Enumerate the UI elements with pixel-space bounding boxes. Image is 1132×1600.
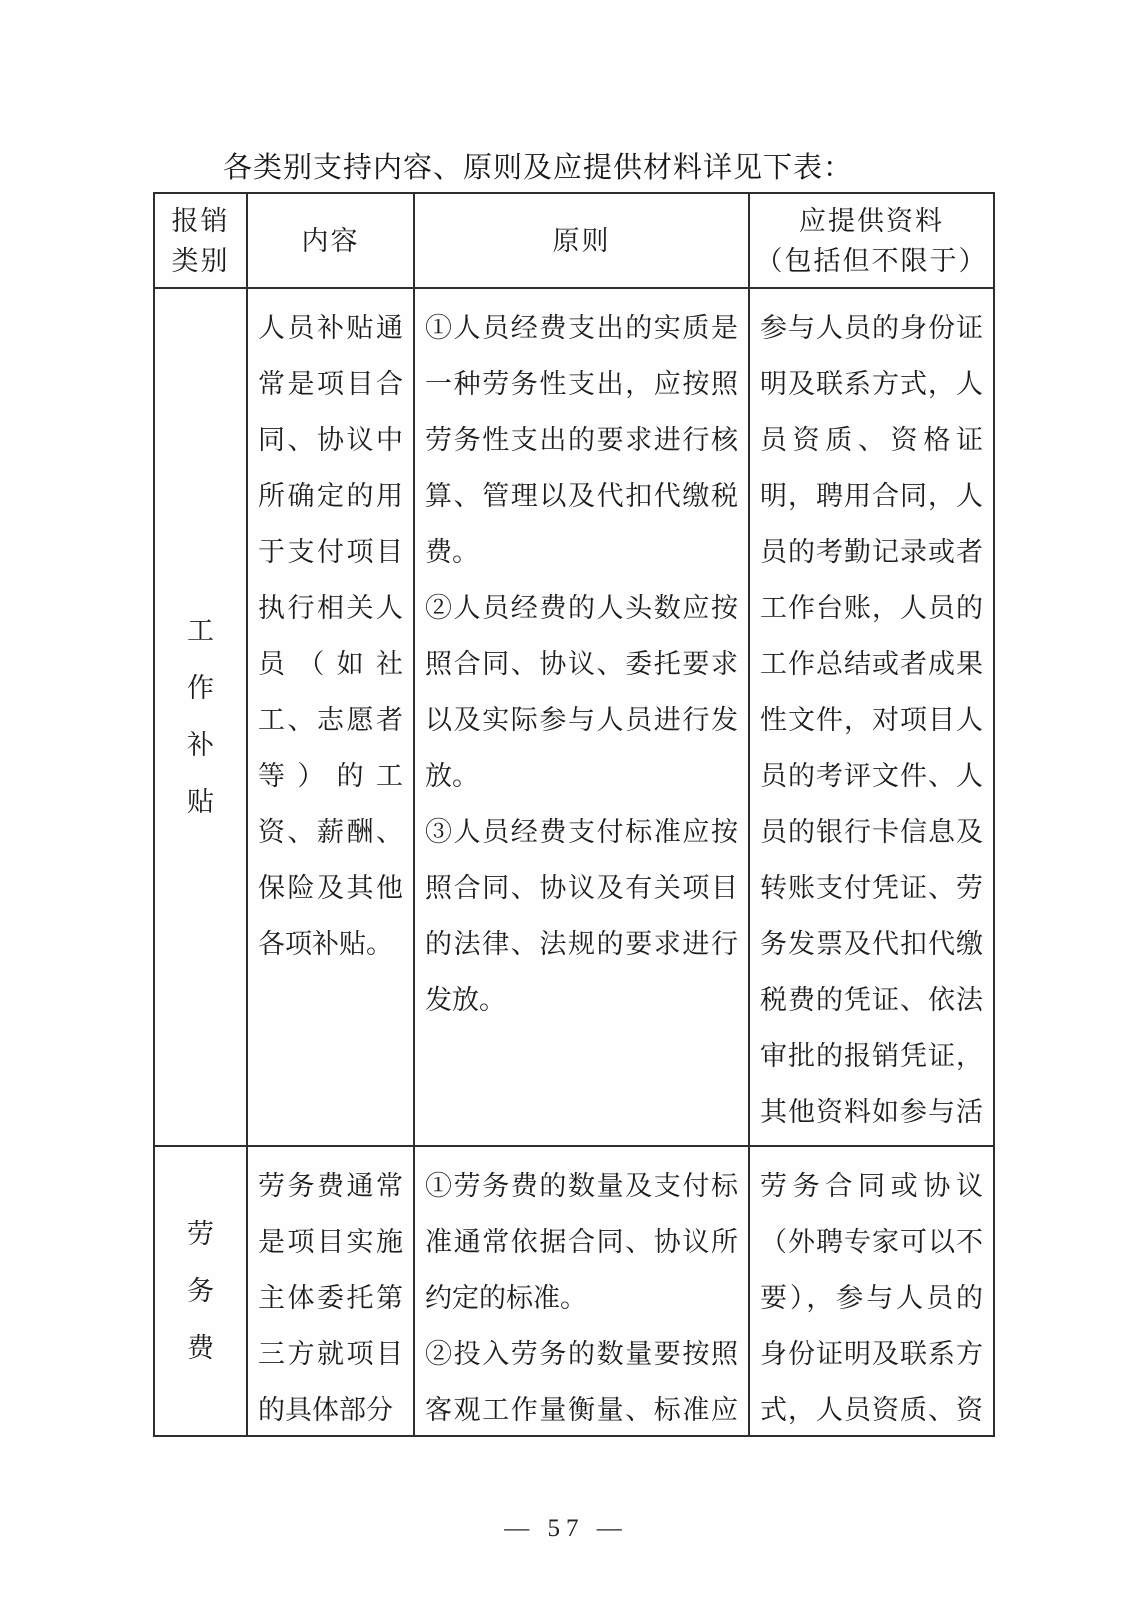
materials-text: 参与人员的身份证明及联系方式，人员资质、资格证明，聘用合同，人员的考勤记录或者工… (750, 289, 993, 1145)
table-row-labor-fee: 劳 务 费 劳务费通常是项目实施主体委托第三方就项目的具体部分 ①劳务费的数量及… (154, 1146, 994, 1436)
materials-text: 劳务合同或协议（外聘专家可以不要），参与人员的身份证明及联系方式，人员资质、资格… (750, 1147, 993, 1435)
table-header-row: 报销 类别 内容 原则 应提供资料 （包括但不限于） (154, 193, 994, 288)
paragraph: 参与人员的身份证明及联系方式，人员资质、资格证明，聘用合同，人员的考勤记录或者工… (760, 300, 983, 1145)
principle-text: ①劳务费的数量及支付标准通常依据合同、协议所约定的标准。②投入劳务的数量要按照客… (415, 1147, 748, 1435)
page-title: 各类别支持内容、原则及应提供材料详见下表： (0, 148, 1104, 188)
paragraph: ①劳务费的数量及支付标准通常依据合同、协议所约定的标准。 (425, 1158, 738, 1326)
table-row-work-subsidy: 工 作 补 贴 人员补贴通常是项目合同、协议中所确定的用于支付项目执行相关人员（… (154, 288, 994, 1146)
cell-principle-work-subsidy: ①人员经费支出的实质是一种劳务性支出，应按照劳务性支出的要求进行核算、管理以及代… (414, 288, 749, 1146)
document-page: 各类别支持内容、原则及应提供材料详见下表： 报销 类别 内容 原则 应提供资料 … (0, 0, 1132, 1600)
cell-content-work-subsidy: 人员补贴通常是项目合同、协议中所确定的用于支付项目执行相关人员（如社工、志愿者等… (247, 288, 414, 1146)
paragraph: ①人员经费支出的实质是一种劳务性支出，应按照劳务性支出的要求进行核算、管理以及代… (425, 300, 738, 580)
paragraph: ②投入劳务的数量要按照客观工作量衡量、标准应符 (425, 1326, 738, 1435)
cell-materials-work-subsidy: 参与人员的身份证明及联系方式，人员资质、资格证明，聘用合同，人员的考勤记录或者工… (749, 288, 994, 1146)
page-number: — 57 — (0, 1515, 1132, 1543)
header-content: 内容 (247, 193, 414, 288)
content-text: 劳务费通常是项目实施主体委托第三方就项目的具体部分 (248, 1147, 413, 1435)
header-category: 报销 类别 (154, 193, 247, 288)
header-materials: 应提供资料 （包括但不限于） (749, 193, 994, 288)
category-label-work-subsidy: 工 作 补 贴 (154, 288, 247, 1146)
paragraph: 劳务合同或协议（外聘专家可以不要），参与人员的身份证明及联系方式，人员资质、资格… (760, 1158, 983, 1435)
cell-materials-labor-fee: 劳务合同或协议（外聘专家可以不要），参与人员的身份证明及联系方式，人员资质、资格… (749, 1146, 994, 1436)
reimbursement-table: 报销 类别 内容 原则 应提供资料 （包括但不限于） 工 作 补 贴 人员补贴通… (153, 192, 995, 1437)
paragraph: 人员补贴通常是项目合同、协议中所确定的用于支付项目执行相关人员（如社工、志愿者等… (258, 300, 403, 972)
principle-text: ①人员经费支出的实质是一种劳务性支出，应按照劳务性支出的要求进行核算、管理以及代… (415, 289, 748, 1037)
paragraph: ②人员经费的人头数应按照合同、协议、委托要求以及实际参与人员进行发放。 (425, 580, 738, 804)
content-text: 人员补贴通常是项目合同、协议中所确定的用于支付项目执行相关人员（如社工、志愿者等… (248, 289, 413, 981)
category-label-labor-fee: 劳 务 费 (154, 1146, 247, 1436)
cell-principle-labor-fee: ①劳务费的数量及支付标准通常依据合同、协议所约定的标准。②投入劳务的数量要按照客… (414, 1146, 749, 1436)
paragraph: ③人员经费支付标准应按照合同、协议及有关项目的法律、法规的要求进行发放。 (425, 804, 738, 1028)
header-principle: 原则 (414, 193, 749, 288)
cell-content-labor-fee: 劳务费通常是项目实施主体委托第三方就项目的具体部分 (247, 1146, 414, 1436)
paragraph: 劳务费通常是项目实施主体委托第三方就项目的具体部分 (258, 1158, 403, 1435)
